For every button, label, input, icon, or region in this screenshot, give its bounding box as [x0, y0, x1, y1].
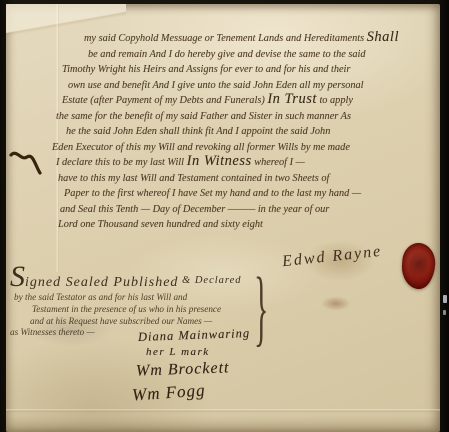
line-text: he the said John Eden shall think fit An… — [66, 126, 330, 137]
paper-edge-fleck — [443, 295, 447, 303]
attestation-line: and at his Request have subscribed our N… — [30, 316, 272, 328]
line-text: whereof I — — [252, 157, 305, 168]
manuscript-line: have to this my last Will and Testament … — [58, 170, 436, 186]
line-text: my said Copyhold Messuage or Tenement La… — [84, 33, 367, 44]
manuscript-page: my said Copyhold Messuage or Tenement La… — [6, 4, 440, 432]
line-text: Lord one Thousand seven hundred and sixt… — [58, 219, 263, 230]
manuscript-line: own use and benefit And I give unto the … — [68, 77, 436, 93]
witness-signature-wm-brockett: Wm Brockett — [136, 359, 230, 380]
line-text: Timothy Wright his Heirs and Assigns for… — [62, 64, 350, 75]
line-text: own use and benefit And I give unto the … — [68, 80, 364, 91]
witness-signature-wm-fogg: Wm Fogg — [131, 380, 206, 405]
line-text: Eden Executor of this my Will and revoki… — [52, 142, 350, 153]
line-text: Estate (after Payment of my Debts and Fu… — [62, 95, 267, 106]
heading-tail: & Declared — [178, 275, 241, 286]
manuscript-line: Paper to the first whereof I have Set my… — [64, 185, 436, 201]
attestation-line: as Witnesses thereto — — [10, 327, 272, 339]
attestation-line: by the said Testator as and for his last… — [14, 292, 272, 304]
emphasized-word: Shall — [367, 29, 399, 45]
line-text: the same for the benefit of my said Fath… — [56, 111, 351, 122]
line-text: I declare this to be my last Will — [56, 157, 187, 168]
will-body-text: my said Copyhold Messuage or Tenement La… — [52, 30, 436, 232]
fold-shadow — [6, 416, 440, 432]
horizontal-crease — [6, 409, 440, 412]
line-text: and Seal this Tenth — Day of December ——… — [60, 204, 329, 215]
line-text: be and remain And I do hereby give and d… — [88, 49, 366, 60]
manuscript-line: Eden Executor of this my Will and revoki… — [52, 139, 436, 155]
paper-edge-fleck — [443, 310, 446, 315]
scanned-document: my said Copyhold Messuage or Tenement La… — [0, 0, 449, 432]
witness-mark-note: her L mark — [146, 346, 210, 358]
manuscript-line: I declare this to be my last Will In Wit… — [56, 154, 436, 170]
emphasized-word: In Trust — [267, 91, 317, 107]
manuscript-line: he the said John Eden shall think fit An… — [66, 123, 436, 139]
ink-squiggle-mark — [6, 146, 48, 184]
attestation-line: Testament in the presence of us who in h… — [32, 304, 272, 316]
line-text: to apply — [317, 95, 353, 106]
line-text: have to this my last Will and Testament … — [58, 173, 329, 184]
emphasized-word: In Witness — [187, 153, 252, 169]
attestation-heading: Signed Sealed Published & Declared — [10, 262, 272, 292]
line-text: Paper to the first whereof I have Set my… — [64, 188, 361, 199]
manuscript-line: my said Copyhold Messuage or Tenement La… — [84, 30, 436, 46]
manuscript-line: Timothy Wright his Heirs and Assigns for… — [62, 61, 436, 77]
attestation-clause: Signed Sealed Published & Declared by th… — [10, 262, 272, 339]
swash-initial: S — [10, 260, 25, 293]
witness-brace: } — [254, 268, 268, 353]
red-wax-seal — [400, 242, 436, 290]
manuscript-line: and Seal this Tenth — Day of December ——… — [60, 201, 436, 217]
heading-text: igned Sealed Published — [25, 275, 178, 290]
manuscript-line: be and remain And I do hereby give and d… — [88, 46, 436, 62]
manuscript-line: the same for the benefit of my said Fath… — [56, 108, 436, 124]
manuscript-line: Lord one Thousand seven hundred and sixt… — [58, 216, 436, 232]
testator-signature: Edwd Rayne — [281, 243, 383, 271]
manuscript-line: Estate (after Payment of my Debts and Fu… — [62, 92, 436, 108]
